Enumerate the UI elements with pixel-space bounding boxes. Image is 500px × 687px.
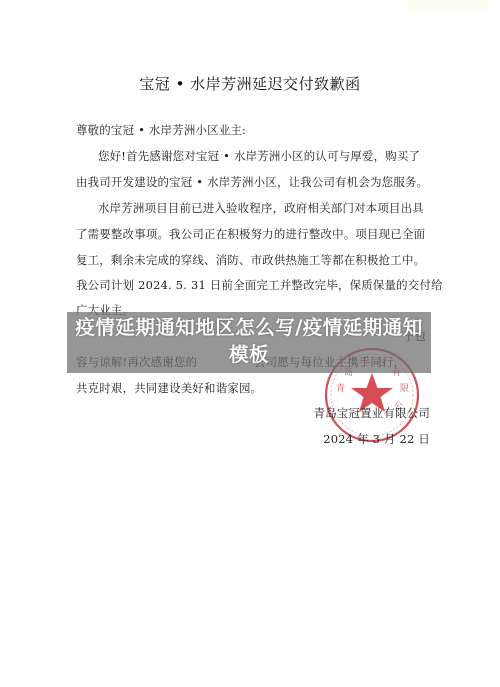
signature-company: 青岛宝冠置业有限公司: [314, 405, 430, 421]
svg-text:限: 限: [400, 383, 409, 394]
svg-text:青: 青: [336, 382, 345, 394]
document-page: 宝冠 • 水岸芳洲延迟交付致歉函 尊敬的宝冠 • 水岸芳洲小区业主: 您好!首先…: [0, 0, 500, 687]
body-line: 由我司开发建设的宝冠 • 水岸芳洲小区，让我公司有机会为您服务。: [76, 174, 428, 190]
body-line: 了需要整改事项。我公司正在积极努力的进行整改中。项目现已全面: [76, 226, 425, 242]
signature-date: 2024 年 3 月 22 日: [323, 431, 430, 447]
salutation: 尊敬的宝冠 • 水岸芳洲小区业主:: [76, 122, 246, 138]
document-title: 宝冠 • 水岸芳洲延迟交付致歉函: [0, 73, 500, 94]
body-line: 我公司计划 2024. 5. 31 日前全面完工并整改完毕，保质保量的交付给: [76, 277, 443, 293]
body-line: 您好!首先感谢您对宝冠 • 水岸芳洲小区的认可与厚爱，购买了: [98, 148, 420, 164]
caption-overlay-title: 疫情延期通知地区怎么写/疫情延期通知模板: [67, 314, 431, 368]
body-line: 水岸芳洲项目目前已进入验收程序，政府相关部门对本项目出具: [98, 200, 424, 216]
body-line: 共克时艰，共同建设美好和谐家园。: [76, 380, 262, 396]
body-line: 复工，剩余未完成的穿线、消防、市政供热施工等都在积极抢工中。: [76, 252, 425, 268]
scan-artifact: [408, 0, 488, 10]
